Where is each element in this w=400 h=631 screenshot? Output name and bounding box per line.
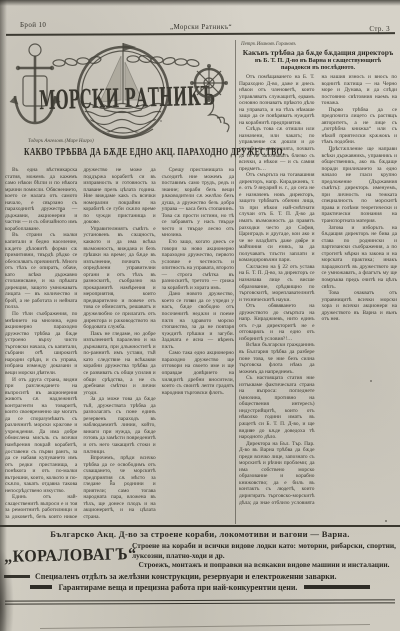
- paragraph: Въ страни съ малки капитали и бедно насе…: [5, 232, 77, 311]
- masthead-art: МОРСКИ РАТНИКЪ: [5, 38, 233, 141]
- article-title-line2: въ Б. Т. П. Д-во въ Варна и сѫществующит…: [239, 57, 397, 64]
- paragraph: И отъ друга страна, видни при разглеждан…: [5, 377, 77, 495]
- advert-line: Строене на кораби и всички видове лодки …: [132, 541, 396, 560]
- article-title-line3: парадокси въ послѣдното.: [239, 64, 397, 71]
- top-edge-shadow: [0, 0, 400, 6]
- paragraph: Отъ смъртьта на тогавашния директоръ, на…: [239, 172, 315, 264]
- paragraph: Отъ помѣщаването на Б. Т. Параходно Д-во…: [239, 74, 315, 126]
- running-head: Брой 10 „Морски Ратникъ“ Стр. 3: [10, 21, 392, 33]
- masthead-logo-text: МОРСКИ РАТНИКЪ: [39, 82, 216, 117]
- paragraph: Въ една вѣстникарска статия, можемъ да к…: [5, 167, 77, 232]
- advert-bottom-rule: [5, 599, 395, 604]
- advert-guarantee-line: Гарантираме веща и прецизна работа при н…: [4, 583, 396, 592]
- paragraph: Съ настоящата статия ние изтъкваме факти…: [239, 375, 315, 440]
- byline: Тодоръ Ангеловъ (Маре Нигро): [28, 139, 94, 144]
- article-title-line1: Какъвъ трѣбва да бѫде бѫдащия директоръ: [239, 48, 397, 57]
- masthead: МОРСКИ РАТНИКЪ: [5, 38, 233, 141]
- newspaper-page: Брой 10 „Морски Ратникъ“ Стр. 3: [0, 0, 400, 631]
- rule-bar: [30, 585, 52, 589]
- advert-line: Строежъ, монтажъ и поправки на всякакви …: [132, 560, 396, 570]
- paragraph: Дано новото дружество, което се готви да…: [162, 291, 234, 350]
- paragraph: Първо трѣбва да се предпочита лицето съ …: [322, 107, 398, 146]
- paragraph: Това очакватъ отъ управницитѣ всички мор…: [322, 290, 398, 323]
- article-company-body: Въ една вѣстникарска статия, можемъ да к…: [5, 167, 234, 523]
- advert-special-line: Специаленъ отдѣлъ за желѣзни конструкции…: [4, 572, 396, 581]
- corner-smudge: [0, 548, 14, 631]
- advert-koralovag: Българско Акц. Д-во за строене кораби, л…: [4, 529, 396, 592]
- article-director: Петръ Ивановъ Горановъ Какъвъ трѣбва да …: [239, 42, 397, 512]
- paragraph: Ето защо, когато днесъ се говори за ново…: [162, 239, 234, 291]
- advert-top-rule: [0, 525, 400, 527]
- article-body: Отъ помѣщаването на Б. Т. Параходно Д-во…: [239, 74, 397, 512]
- advert-description: Строене на кораби и всички видове лодки …: [132, 541, 396, 570]
- paragraph: За да може това да бѫде тъй, дружествата…: [83, 396, 155, 455]
- article-headline: КАКВО ТРѢБВА ДА БѪДЕ ЕДНО АКЦ. ПАРАХОДНО…: [24, 147, 285, 158]
- advert-middle: „КОРАЛОВАГЪ“ Строене на кораби и всички …: [4, 541, 396, 570]
- paragraph: Всѣки български гражданинъ въ България т…: [239, 342, 315, 375]
- paragraph: Отъ обявяването на дружеството до смърть…: [239, 303, 315, 342]
- paragraph: Сѫгласно на § 22 отъ устава на Б. Т. П. …: [239, 264, 315, 303]
- advert-line: Гарантираме веща и прецизна работа при н…: [59, 583, 298, 592]
- running-title: „Морски Ратникъ“: [10, 23, 392, 31]
- rule-bar: [304, 585, 370, 589]
- left-edge-shadow: [0, 0, 7, 631]
- paragraph: Прѣстѫпление ще направи всѣки държавникъ…: [322, 146, 398, 225]
- advert-line: Специаленъ отдѣлъ за желѣзни конструкции…: [35, 572, 337, 581]
- advert-brand: „КОРАЛОВАГЪ“: [4, 544, 125, 567]
- paragraph: Затова и изборътъ на бѫдащия директоръ н…: [322, 225, 398, 290]
- column-divider: [235, 40, 236, 524]
- advert-company-line: Българско Акц. Д-во за строене кораби, л…: [4, 529, 396, 539]
- head-rule: [6, 32, 395, 36]
- paragraph: Срещу пристанищата на съседитѣ ние можем…: [162, 167, 234, 239]
- paragraph: Пакъ не гледаме, но добре изпълненитѣ па…: [83, 331, 155, 396]
- paragraph: Впрочемъ, прѣди всичко трѣбва да се осво…: [83, 455, 155, 520]
- paragraph: Управителниятъ съвѣтъ е установенъ въ сѫ…: [83, 226, 155, 331]
- paragraph: Само така едно акционерно параходно друж…: [162, 350, 234, 396]
- paper-crease: [40, 624, 370, 629]
- byline: Петръ Ивановъ Горановъ: [241, 42, 397, 47]
- paragraph: По тѣзи съображения, по мнѣнието на мноз…: [5, 311, 77, 376]
